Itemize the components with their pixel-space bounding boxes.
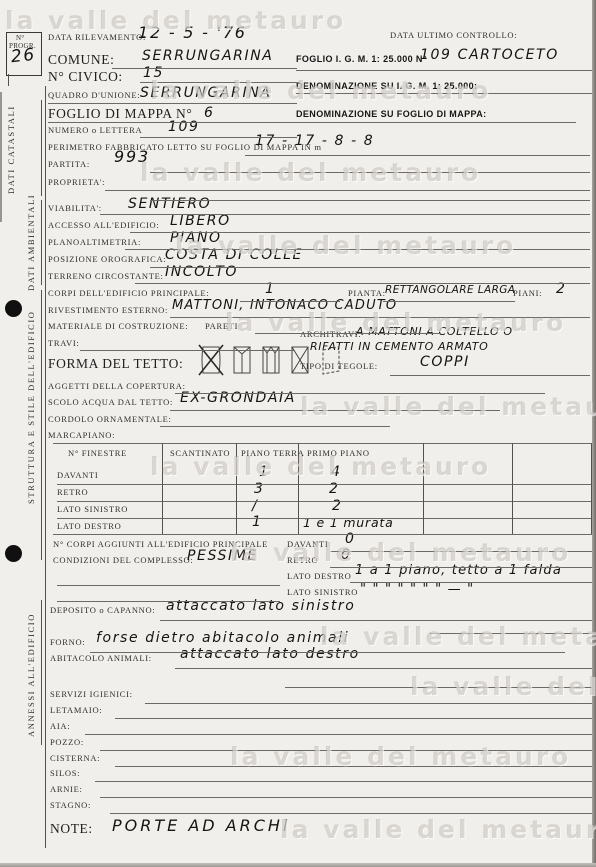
scan-edge-left: [0, 92, 2, 222]
ruled-line: [330, 551, 592, 552]
ruled-line: [95, 781, 592, 782]
terreno-label: TERRENO CIRCOSTANTE:: [48, 272, 164, 281]
numero-lettera-label: NUMERO o LETTERA: [48, 126, 142, 135]
abitacolo-value: attaccato lato destro: [180, 647, 360, 662]
ruled-line: [245, 155, 590, 156]
corpi-principale-value: 1: [265, 282, 276, 297]
ruled-line: [150, 172, 590, 173]
ca-davanti-label: DAVANTI: [287, 540, 328, 549]
aggetti-label: AGGETTI DELLA COPERTURA:: [48, 382, 186, 391]
comune-value: SERRUNGARINA: [142, 49, 273, 64]
forma-tetto-label: FORMA DEL TETTO:: [48, 357, 183, 372]
ruled-line: [160, 426, 390, 427]
progr-value: 26: [10, 46, 37, 67]
ruled-line: [140, 82, 297, 83]
form-rule-line: [236, 443, 237, 534]
stagno-label: STAGNO:: [50, 801, 91, 810]
marcapiano-label: MARCAPIANO:: [48, 431, 115, 440]
partita-value: 993: [114, 148, 150, 166]
ruled-line: [175, 668, 592, 669]
ruled-line: [100, 750, 592, 751]
ruled-line: [296, 70, 592, 71]
materiale-label: MATERIALE DI COSTRUZIONE:: [48, 322, 188, 331]
planoaltimetria-value: PIANO: [170, 231, 222, 246]
condizioni-label: CONDIZIONI DEL COMPLESSO:: [53, 556, 193, 565]
condizioni-value: PESSIME: [187, 549, 258, 564]
silos-label: SILOS:: [50, 769, 80, 778]
watermark-text: la valle del metauro: [300, 392, 596, 421]
table-cell-davanti-primo: 4: [331, 465, 342, 480]
foglio-mappa-value: 6: [204, 106, 215, 121]
ca-lato-sinistro-value: " " " " " " " — ": [360, 583, 474, 597]
ruled-line: [330, 567, 592, 568]
ruled-line: [170, 317, 590, 318]
form-rule-line: [591, 443, 592, 534]
table-row-label: LATO SINISTRO: [57, 505, 128, 514]
posizione-orografica-label: POSIZIONE OROGRAFICA:: [48, 255, 166, 264]
partita-label: PARTITA:: [48, 160, 90, 169]
table-cell-davanti-terra: 1: [259, 465, 270, 480]
architravi-label: ARCHITRAVI:: [300, 330, 361, 339]
form-rule-line: [41, 290, 42, 560]
ruled-line: [100, 214, 590, 215]
ruled-line: [57, 585, 280, 586]
ca-lato-destro-label: LATO DESTRO: [287, 572, 351, 581]
viabilita-label: VIABILITA':: [48, 204, 102, 213]
ruled-line: [112, 68, 297, 69]
form-rule-line: [41, 600, 42, 745]
data-rilevamento-value: 12 - 5 - '76: [138, 24, 247, 42]
form-rule-line: [41, 100, 42, 196]
accesso-value: LIBERO: [170, 214, 231, 229]
cordolo-label: CORDOLO ORNAMENTALE:: [48, 415, 172, 424]
sidebar-section-dati-ambientali: DATI AMBIENTALI: [24, 200, 38, 285]
arnie-label: ARNIE:: [50, 785, 83, 794]
table-header-primo-piano: PRIMO PIANO: [307, 449, 370, 458]
ruled-line: [105, 190, 590, 191]
ruled-line: [296, 122, 576, 123]
ruled-line: [390, 375, 590, 376]
scolo-label: SCOLO ACQUA DAL TETTO:: [48, 398, 173, 407]
piani-value: 2: [556, 282, 567, 297]
ruled-line: [240, 301, 340, 302]
table-header-piano-terra: PIANO TERRA: [241, 449, 305, 458]
servizi-label: SERVIZI IGIENICI:: [50, 690, 133, 699]
cisterna-label: CISTERNA:: [50, 754, 100, 763]
proprieta-label: PROPRIETA':: [48, 178, 105, 187]
ruled-line: [285, 687, 592, 688]
letamaio-label: LETAMAIO:: [50, 706, 102, 715]
form-rule-line: [8, 74, 9, 86]
ruled-line: [130, 232, 590, 233]
form-rule-line: [41, 200, 42, 285]
ruled-line: [100, 797, 592, 798]
ruled-line: [170, 410, 500, 411]
form-rule-line: [423, 443, 424, 534]
materiale-pareti-label: PARETI: [205, 322, 238, 331]
ruled-line: [135, 283, 590, 284]
ruled-line: [160, 620, 592, 621]
denominazione-mappa-label: DENOMINAZIONE SU FOGLIO DI MAPPA:: [296, 110, 487, 120]
ruled-line: [57, 601, 280, 602]
pozzo-label: POZZO:: [50, 738, 84, 747]
sidebar-section-dati-catastali: DATI CATASTALI: [4, 100, 18, 200]
form-rule-line: [298, 443, 299, 534]
ruled-line: [110, 813, 592, 814]
accesso-label: ACCESSO ALL'EDIFICIO:: [48, 221, 159, 230]
rivestimento-label: RIVESTIMENTO ESTERNO:: [48, 306, 168, 315]
table-header-finestre: N° FINESTRE: [68, 449, 127, 458]
table-row-label: DAVANTI: [57, 471, 98, 480]
sidebar-section-struttura-stile: STRUTTURA E STILE DELL'EDIFICIO: [24, 300, 38, 515]
roof-gable-icon: [231, 344, 253, 376]
foglio-igm-value: 109 CARTOCETO: [420, 48, 559, 63]
table-row-label: LATO DESTRO: [57, 522, 121, 531]
planoaltimetria-label: PLANOALTIMETRIA:: [48, 238, 141, 247]
ruled-line: [296, 93, 592, 94]
ruled-line: [145, 703, 592, 704]
ruled-line: [90, 652, 565, 653]
aia-label: AIA:: [50, 722, 70, 731]
form-rule-line: [512, 443, 513, 534]
form-rule-line: [45, 86, 46, 848]
ruled-line: [140, 137, 297, 138]
data-ultimo-controllo-label: DATA ULTIMO CONTROLLO:: [390, 31, 517, 40]
ruled-line: [85, 734, 592, 735]
ruled-line: [80, 350, 295, 351]
ruled-line: [53, 534, 592, 535]
ruled-line: [175, 393, 545, 394]
travi-label: TRAVI:: [48, 339, 79, 348]
denominazione-igm-label: DENOMINAZIONE SU I. G. M. 1: 25.000:: [296, 82, 477, 92]
ruled-line: [150, 200, 590, 201]
roof-double-gable-icon: [260, 344, 282, 376]
data-rilevamento-label: DATA RILEVAMENTO:: [48, 33, 146, 42]
abitacolo-label: ABITACOLO ANIMALI:: [50, 654, 152, 663]
table-row-label: RETRO: [57, 488, 88, 497]
forno-label: FORNO:: [50, 638, 85, 647]
comune-label: COMUNE:: [48, 53, 114, 68]
civico-label: N° CIVICO:: [48, 70, 123, 85]
ruled-line: [125, 249, 590, 250]
watermark-text: la valle del metauro: [280, 815, 596, 844]
piani-label: PIANI:: [513, 289, 542, 298]
ruled-line: [48, 122, 297, 123]
ruled-line: [115, 718, 592, 719]
punch-hole: [5, 300, 22, 317]
form-rule-line: [162, 443, 163, 534]
punch-hole: [5, 545, 22, 562]
ruled-line: [150, 267, 590, 268]
sidebar-section-annessi: ANNESSI ALL'EDIFICIO: [24, 608, 38, 743]
scanned-survey-form: N° PROGR. 26 DATA RILEVAMENTO: 12 - 5 - …: [0, 0, 596, 867]
note-value: PORTE AD ARCHI: [112, 817, 291, 835]
roof-hipped-crossed-out-icon: [198, 344, 224, 376]
tegole-value: COPPI: [420, 355, 470, 370]
note-label: NOTE:: [50, 822, 93, 837]
foglio-igm-label: FOGLIO I. G. M. 1: 25.000 N°: [296, 55, 427, 65]
ruled-line: [430, 633, 592, 634]
ruled-line: [383, 301, 515, 302]
pianta-label: PIANTA:: [348, 289, 386, 298]
ruled-line: [255, 333, 440, 334]
quadro-unione-label: QUADRO D'UNIONE:: [48, 91, 140, 100]
ca-lato-sinistro-label: LATO SINISTRO: [287, 588, 358, 597]
posizione-orografica-value: COSTA DI COLLE: [165, 248, 303, 263]
pianta-value: RETTANGOLARE LARGA: [385, 285, 515, 297]
corpi-principale-label: CORPI DELL'EDIFICIO PRINCIPALE:: [48, 289, 209, 298]
table-header-scantinato: SCANTINATO: [170, 449, 230, 458]
tegole-label: TIPO DI TEGOLE:: [300, 362, 378, 371]
ruled-line: [115, 766, 592, 767]
ca-retro-label: RETRO: [287, 556, 318, 565]
ruled-line: [48, 103, 297, 104]
quadro-unione-value: SERRUNGARINA: [140, 86, 271, 101]
watermark-text: la valle del metauro: [320, 622, 596, 651]
scan-edge-right: [592, 0, 596, 867]
ruled-line: [350, 582, 592, 583]
deposito-label: DEPOSITO o CAPANNO:: [50, 606, 155, 615]
forno-value: forse dietro abitacolo animali: [96, 631, 349, 646]
scan-edge-bottom: [0, 863, 596, 867]
